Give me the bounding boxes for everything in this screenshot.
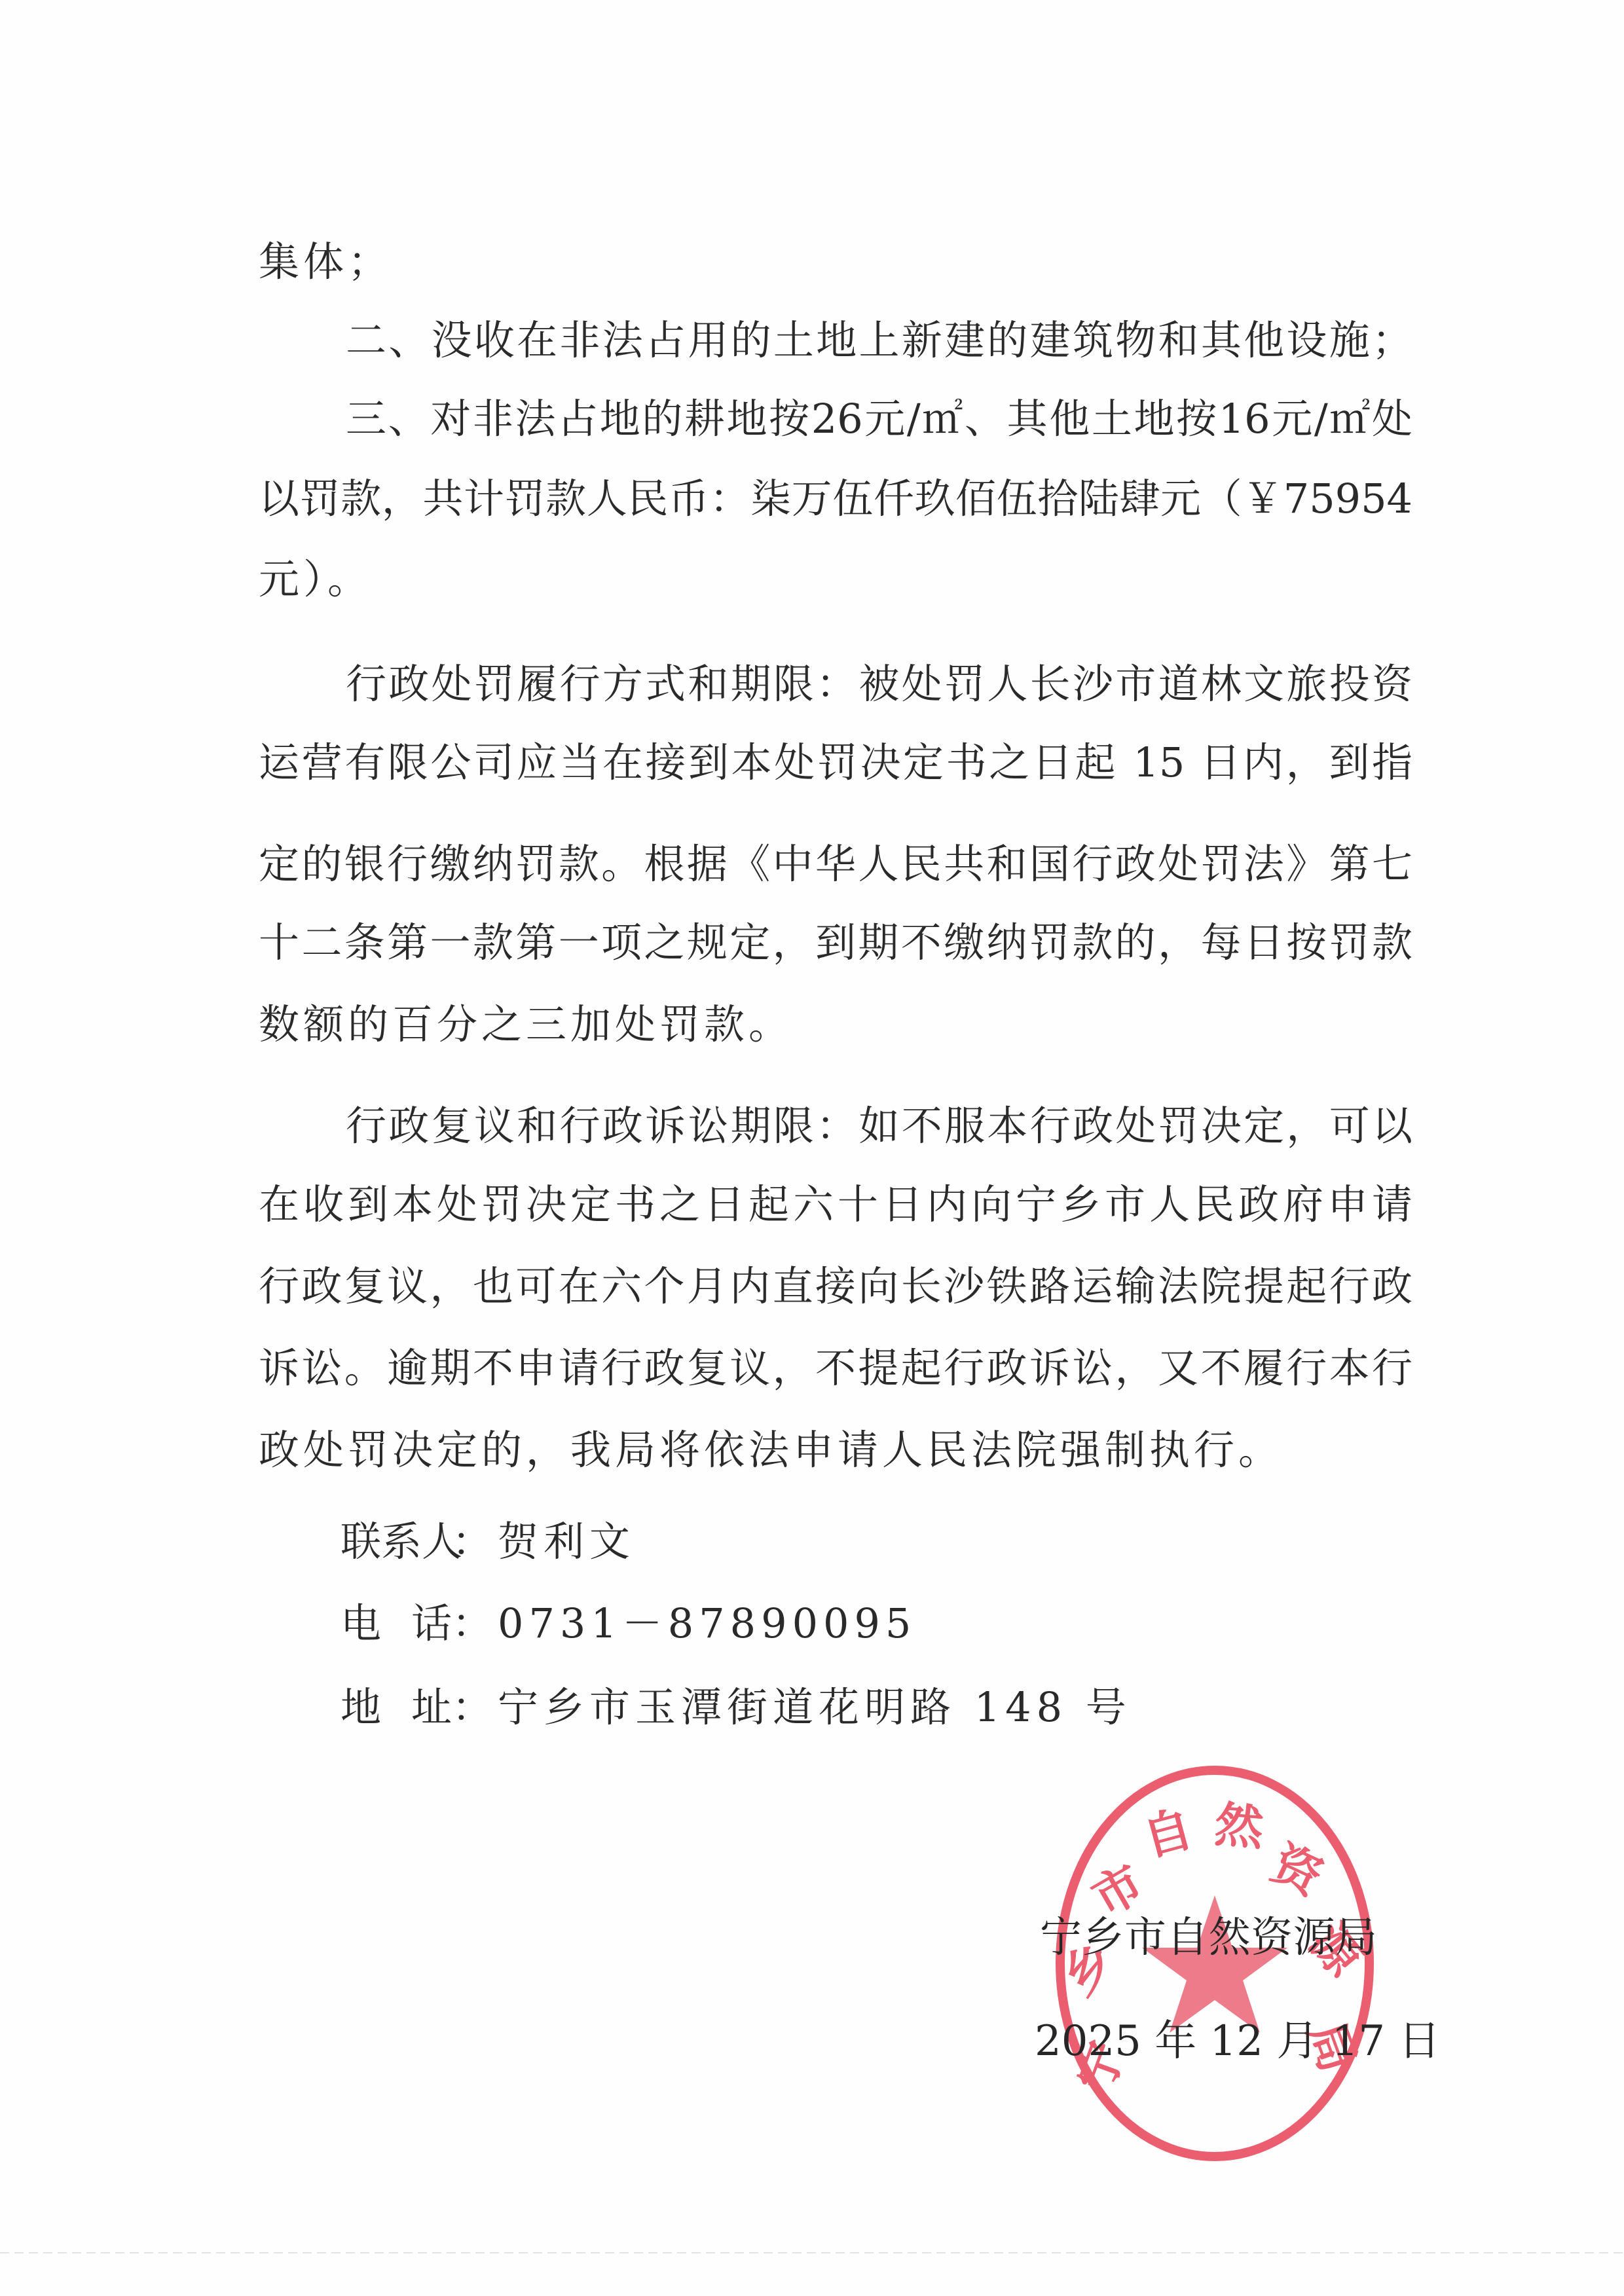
contact-address-label: 地址	[341, 1681, 452, 1734]
contact-person-label: 联系人	[341, 1516, 452, 1568]
paragraph-line: 诉讼。逾期不申请行政复议，不提起行政诉讼，又不履行本行	[259, 1342, 1412, 1394]
paragraph-line: 运营有限公司应当在接到本处罚决定书之日起 15 日内，到指	[259, 737, 1412, 789]
issuer-signature: 宁乡市自然资源局	[1040, 1910, 1377, 1965]
issue-date: 2025 年 12 月 17 日	[1035, 2014, 1385, 2069]
contact-person: 联系人：贺利文	[341, 1516, 635, 1568]
svg-text:自: 自	[1137, 1800, 1199, 1867]
paragraph-line: 定的银行缴纳罚款。根据《中华人民共和国行政处罚法》第七	[259, 838, 1412, 890]
paragraph-line: 以罚款，共计罚款人民币：柒万伍仟玖佰伍拾陆肆元（￥75954	[259, 473, 1412, 525]
scan-artifact-line	[0, 2252, 1624, 2253]
svg-text:资: 资	[1263, 1835, 1332, 1907]
paragraph-line: 政处罚决定的，我局将依法申请人民法院强制执行。	[259, 1424, 1412, 1476]
paragraph-line: 在收到本处罚决定书之日起六十日内向宁乡市人民政府申请	[259, 1178, 1412, 1231]
contact-address-value: ：宁乡市玉潭街道花明路 148 号	[452, 1683, 1132, 1731]
paragraph-line: 数额的百分之三加处罚款。	[259, 998, 1412, 1051]
contact-phone-label: 电话	[341, 1597, 452, 1650]
contact-phone: 电话：0731－87890095	[341, 1597, 916, 1650]
document-page: 集体； 二、没收在非法占用的土地上新建的建筑物和其他设施； 三、对非法占地的耕地…	[0, 0, 1624, 2296]
paragraph-line: 三、对非法占地的耕地按26元/㎡、其他土地按16元/㎡处	[346, 393, 1412, 445]
paragraph-line: 集体；	[259, 236, 1412, 288]
paragraph-line: 行政处罚履行方式和期限：被处罚人长沙市道林文旅投资	[346, 658, 1412, 710]
svg-text:然: 然	[1213, 1796, 1266, 1857]
contact-person-value: ：贺利文	[452, 1518, 635, 1565]
contact-phone-value: ：0731－87890095	[452, 1599, 916, 1647]
contact-address: 地址：宁乡市玉潭街道花明路 148 号	[341, 1681, 1132, 1734]
paragraph-line: 行政复议，也可在六个月内直接向长沙铁路运输法院提起行政	[259, 1260, 1412, 1313]
paragraph-line: 行政复议和行政诉讼期限：如不服本行政处罚决定，可以	[346, 1100, 1412, 1152]
paragraph-line: 二、没收在非法占用的土地上新建的建筑物和其他设施；	[346, 314, 1412, 367]
paragraph-line: 十二条第一款第一项之规定，到期不缴纳罚款的，每日按罚款	[259, 917, 1412, 969]
paragraph-line: 元）。	[259, 553, 1412, 606]
